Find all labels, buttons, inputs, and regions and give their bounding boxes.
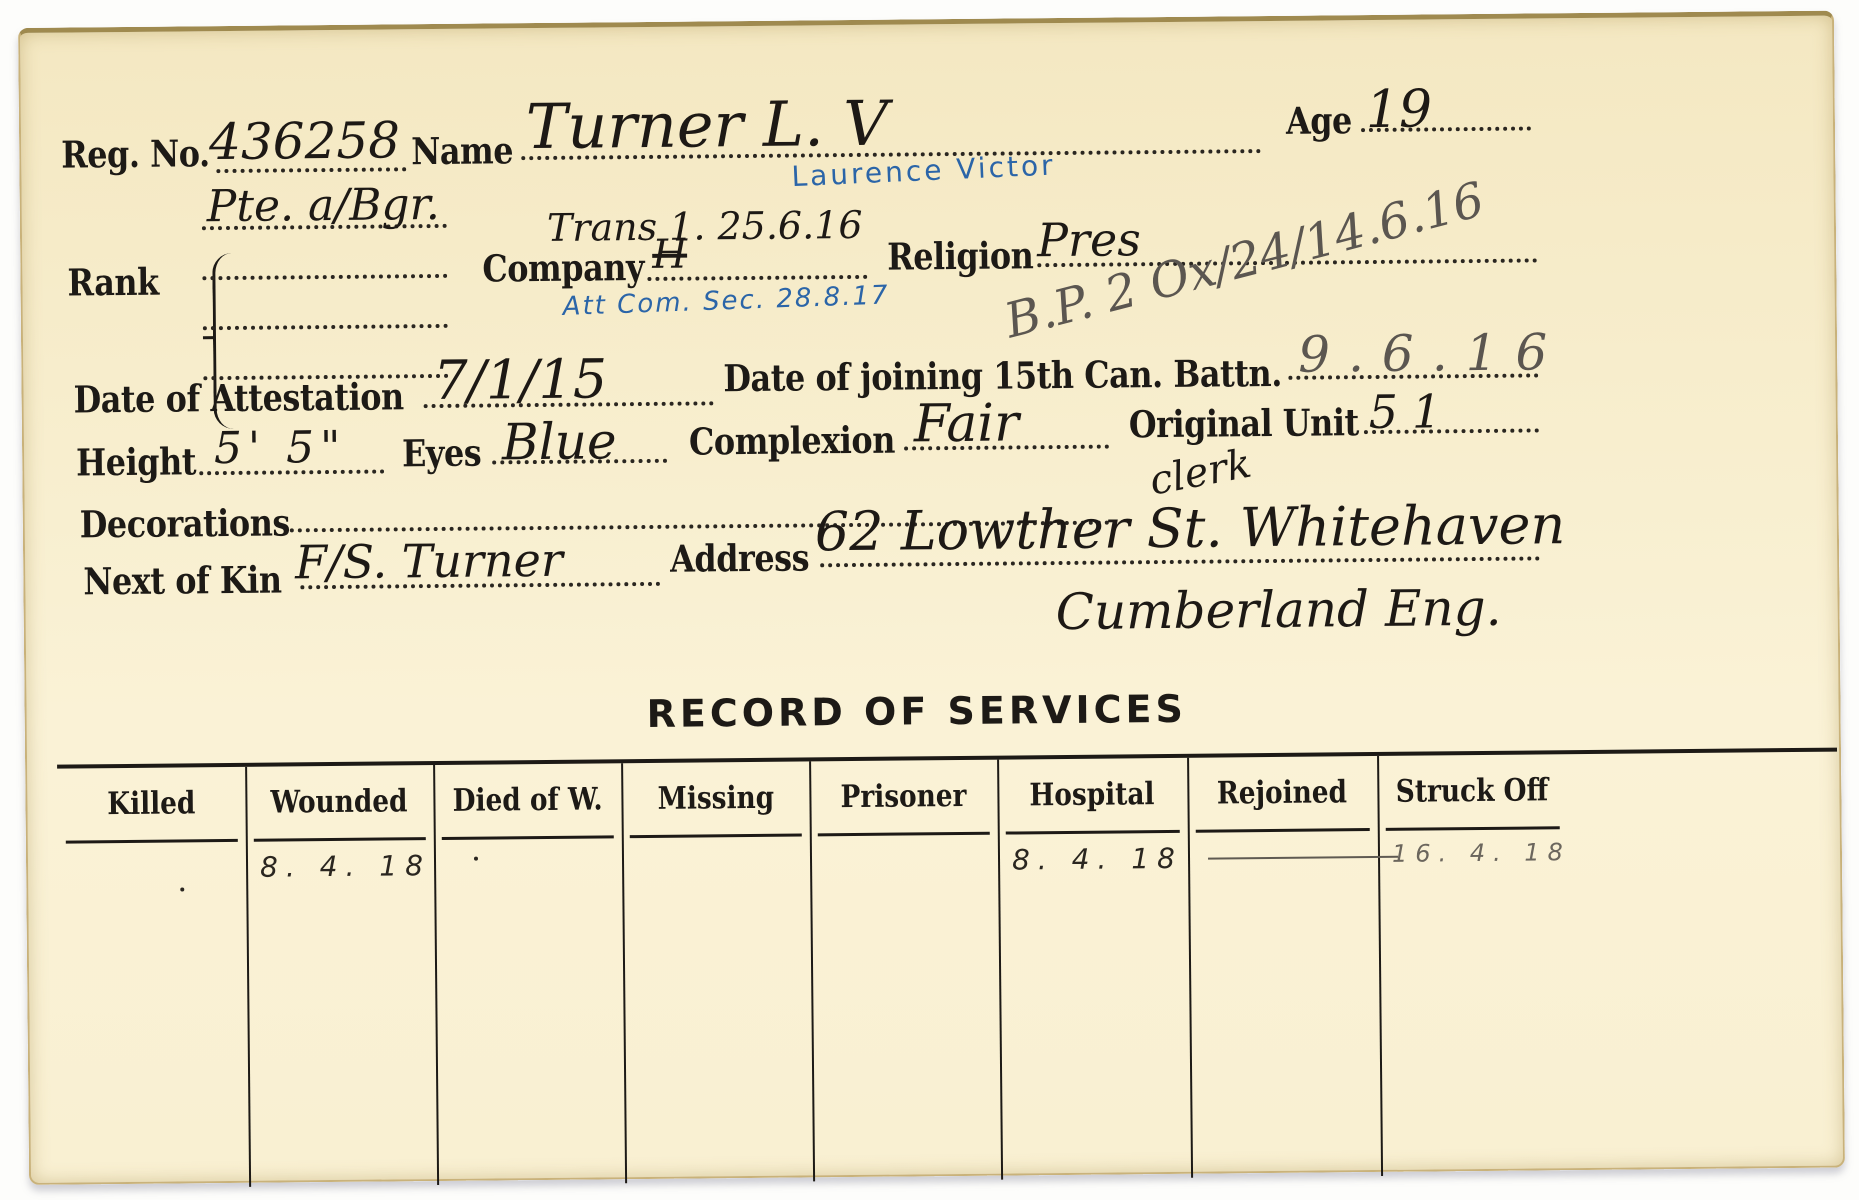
column-missing: Missing [621, 761, 815, 1183]
column-header: Killed [107, 785, 195, 822]
record-of-services-title: RECORD OF SERVICES [646, 687, 1187, 736]
column-hospital: Hospital 8. 4. 18 [997, 758, 1193, 1180]
date-of-attestation-value: 7/1/15 [433, 347, 607, 412]
reg-no-value: 436258 [209, 111, 400, 171]
eyes-value: Blue [502, 412, 617, 471]
column-value: 8. 4. 18 [260, 849, 431, 884]
rejoined-dash [1208, 856, 1398, 860]
address-value: 62 Lowther St. Whitehaven [815, 493, 1566, 563]
column-header: Struck Off [1396, 772, 1549, 809]
column-header: Rejoined [1217, 774, 1347, 811]
address-line-2: Cumberland Eng. [1055, 579, 1501, 641]
company-value: H [652, 232, 687, 278]
next-of-kin-label: Next of Kin [83, 557, 282, 603]
column-header: Died of W. [452, 781, 602, 818]
complexion-label: Complexion [689, 418, 895, 464]
column-header: Missing [657, 780, 774, 817]
occupation-note: clerk [1146, 441, 1255, 505]
original-unit-label: Original Unit [1129, 400, 1359, 446]
age-label: Age [1286, 98, 1352, 143]
height-value: 5' 5" [214, 422, 347, 474]
complexion-value: Fair [914, 393, 1020, 454]
next-of-kin-value: F/S. Turner [295, 533, 563, 590]
age-value: 19 [1366, 79, 1433, 140]
service-record-card: Reg. No. 436258 Name Turner L. V Laurenc… [18, 11, 1845, 1185]
name-label: Name [411, 128, 513, 173]
column-wounded: Wounded 8. 4. 18 [245, 765, 439, 1187]
column-killed: Killed [57, 767, 251, 1189]
column-value: 16. 4. 18 [1392, 838, 1571, 868]
religion-value: Pres [1037, 212, 1141, 267]
column-header: Prisoner [840, 778, 966, 815]
record-of-services-table: Killed Wounded 8. 4. 18 Died of W. Missi… [57, 748, 1841, 1189]
column-header: Wounded [271, 783, 408, 820]
name-value: Turner L. V [526, 87, 889, 163]
document-stage: Reg. No. 436258 Name Turner L. V Laurenc… [0, 0, 1859, 1200]
rank-line-3 [203, 324, 448, 330]
decorations-label: Decorations [80, 500, 291, 546]
rank-line-2 [202, 274, 447, 280]
column-struck-off: Struck Off 16. 4. 18 [1377, 752, 1841, 1176]
address-label: Address [670, 535, 809, 580]
eyes-label: Eyes [402, 431, 482, 476]
original-unit-value: 51 [1368, 384, 1455, 439]
column-rejoined: Rejoined [1187, 756, 1383, 1178]
rank-label: Rank [67, 260, 159, 305]
date-of-attestation-label: Date of Attestation [73, 374, 404, 421]
height-label: Height [76, 439, 196, 484]
reg-no-label: Reg. No. [61, 131, 210, 176]
religion-label: Religion [887, 233, 1034, 278]
company-annotation-above: Trans 1. 25.6.16 [547, 203, 863, 250]
column-value: 8. 4. 18 [1012, 842, 1183, 877]
company-label: Company [482, 245, 644, 291]
column-prisoner: Prisoner [809, 760, 1003, 1182]
column-header: Hospital [1030, 776, 1155, 813]
rank-value: Pte. a/Bgr. [206, 179, 440, 232]
column-died-of-wounds: Died of W. [433, 763, 627, 1185]
date-of-joining-value: 9.6.16 [1298, 323, 1566, 384]
